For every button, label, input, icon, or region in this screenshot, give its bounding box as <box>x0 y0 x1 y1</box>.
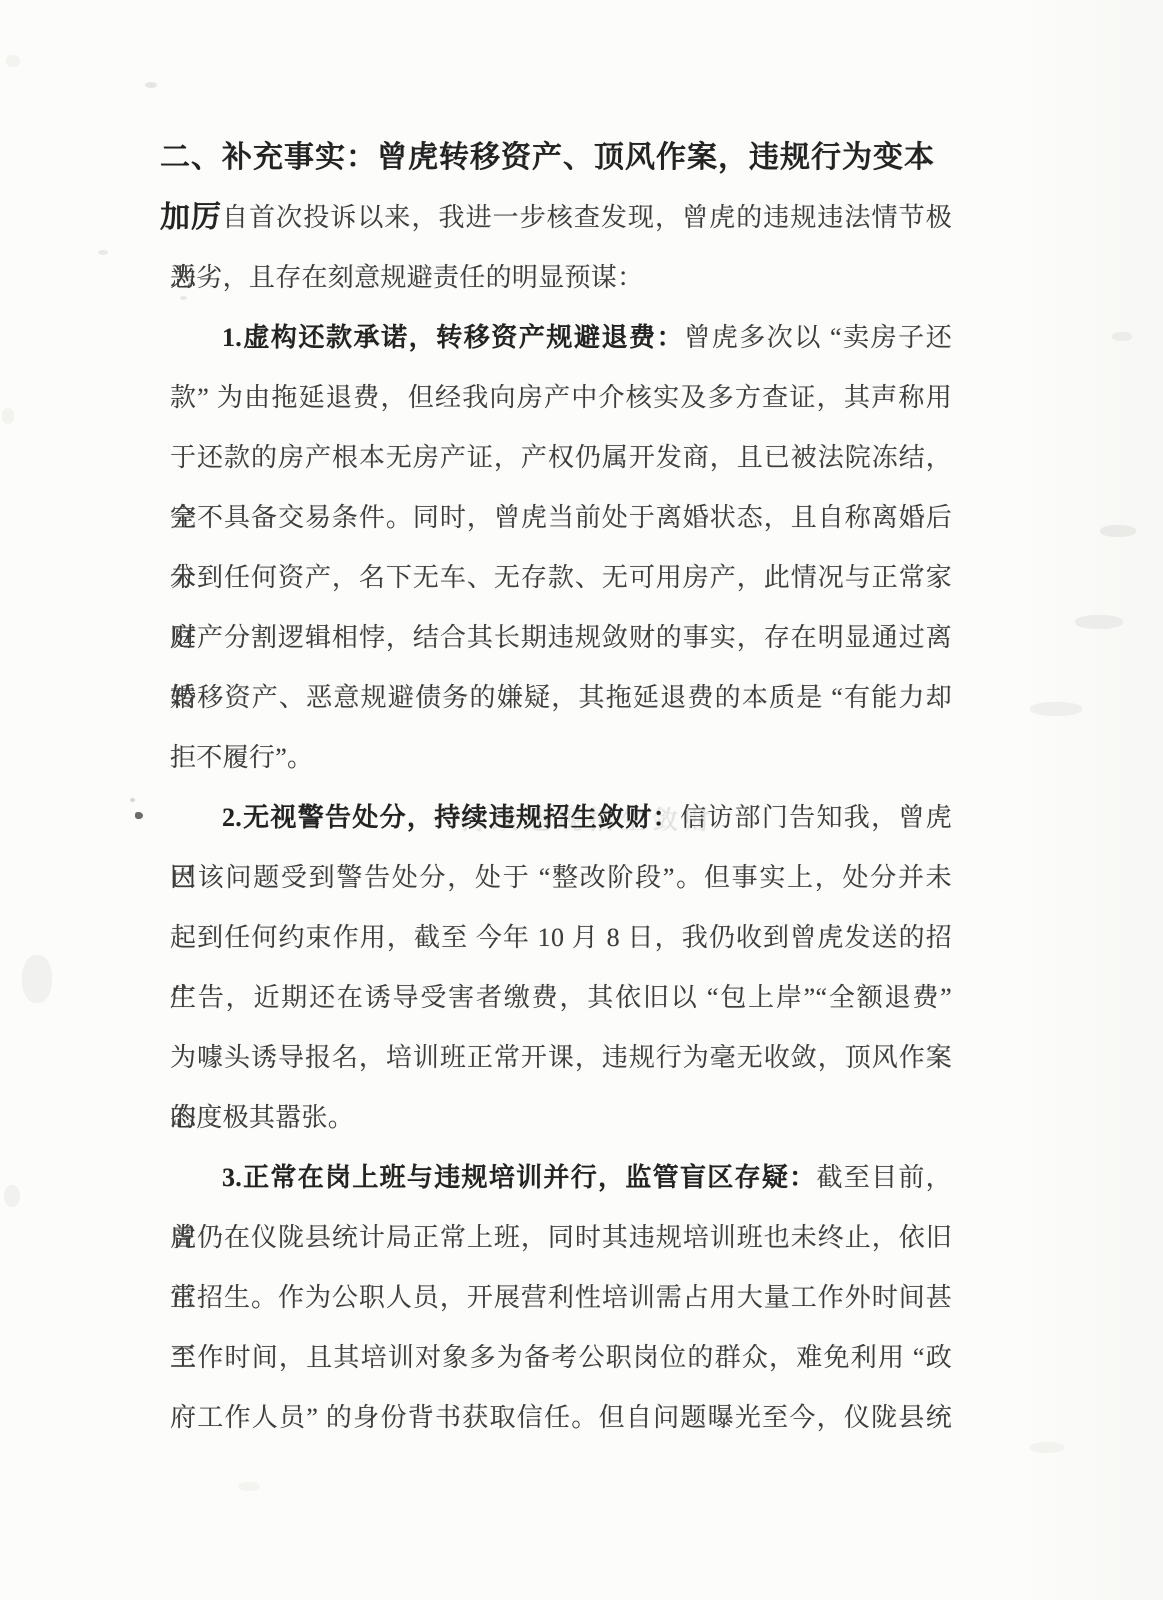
text-line: 1.虚构还款承诺，转移资产规避退费：曾虎多次以 “卖房子还 <box>170 308 952 368</box>
text-line: 款” 为由拖延退费，但经我向房产中介核实及多方查证，其声称用 <box>170 368 952 428</box>
text-line: 恶劣，且存在刻意规避责任的明显预谋： <box>170 248 952 308</box>
scan-speck <box>145 82 157 88</box>
text-run: 恶劣，且存在刻意规避责任的明显预谋： <box>170 263 643 292</box>
scan-speck <box>1075 615 1123 629</box>
text-line: 拒不履行”。 <box>170 728 952 788</box>
scan-speck <box>1030 1442 1064 1453</box>
text-run: 府工作人员” 的身份背书获取信任。但自问题曝光至今，仪陇县统 <box>170 1403 952 1432</box>
text-line: 全不具备交易条件。同时，曾虎当前处于离婚状态，且自称离婚后未 <box>170 488 952 548</box>
text-line: 转移资产、恶意规避债务的嫌疑，其拖延退费的本质是 “有能力却 <box>170 668 952 728</box>
bold-text-run: 2.无视警告处分，持续违规招生敛财： <box>222 803 680 832</box>
text-run: 款” 为由拖延退费，但经我向房产中介核实及多方查证，其声称用 <box>170 383 952 412</box>
text-line: 2.无视警告处分，持续违规招生敛财：信访部门告知我，曾虎已 <box>170 788 952 848</box>
section-heading: 二、补充事实：曾虎转移资产、顶风作案，违规行为变本加厉 <box>160 128 952 188</box>
scan-speck <box>1112 332 1132 341</box>
scan-speck <box>130 798 135 802</box>
scan-speck <box>1030 702 1082 716</box>
text-run: 转移资产、恶意规避债务的嫌疑，其拖延退费的本质是 “有能力却 <box>170 683 952 712</box>
bold-text-run: 1.虚构还款承诺，转移资产规避退费： <box>222 323 684 352</box>
scan-speck <box>1100 525 1136 537</box>
text-run: 曾虎多次以 “卖房子还 <box>684 323 952 352</box>
text-line: 财产分割逻辑相悖，结合其长期违规敛财的事实，存在明显通过离婚 <box>170 608 952 668</box>
document-page: 持续违规招生敛财 二、补充事实：曾虎转移资产、顶风作案，违规行为变本加厉自首次投… <box>0 0 1163 1600</box>
bold-text-run: 3.正常在岗上班与违规培训并行，监管盲区存疑： <box>222 1163 816 1192</box>
text-run: 因该问题受到警告处分，处于 “整改阶段”。但事实上，处分并未 <box>170 863 952 892</box>
scan-speck <box>6 55 20 67</box>
text-line: 态度极其嚣张。 <box>170 1088 952 1148</box>
text-line: 广告，近期还在诱导受害者缴费，其依旧以 “包上岸”“全额退费” <box>170 968 952 1028</box>
text-run: 态度极其嚣张。 <box>170 1103 354 1132</box>
text-line: 府工作人员” 的身份背书获取信任。但自问题曝光至今，仪陇县统 <box>170 1388 952 1448</box>
scan-speck <box>238 1482 260 1491</box>
text-run: 拒不履行”。 <box>170 743 313 772</box>
scan-speck <box>22 955 52 1003</box>
text-run: 广告，近期还在诱导受害者缴费，其依旧以 “包上岸”“全额退费” <box>170 983 952 1012</box>
text-line: 为噱头诱导报名，培训班正常开课，违规行为毫无收敛，顶风作案的 <box>170 1028 952 1088</box>
text-line: 起到任何约束作用，截至 今年 10 月 8 日，我仍收到曾虎发送的招生 <box>170 908 952 968</box>
text-run: 工作时间，且其培训对象多为备考公职岗位的群众，难免利用 “政 <box>170 1343 952 1372</box>
text-line: 虎仍在仪陇县统计局正常上班，同时其违规培训班也未终止，依旧正 <box>170 1208 952 1268</box>
scan-speck <box>98 250 108 255</box>
document-text-block: 二、补充事实：曾虎转移资产、顶风作案，违规行为变本加厉自首次投诉以来，我进一步核… <box>170 128 952 1448</box>
text-line: 自首次投诉以来，我进一步核查发现，曾虎的违规违法情节极为 <box>170 188 952 248</box>
text-line: 分到任何资产，名下无车、无存款、无可用房产，此情况与正常家庭 <box>170 548 952 608</box>
text-line: 3.正常在岗上班与违规培训并行，监管盲区存疑：截至目前，曾 <box>170 1148 952 1208</box>
scan-speck <box>135 812 143 819</box>
text-line: 工作时间，且其培训对象多为备考公职岗位的群众，难免利用 “政 <box>170 1328 952 1388</box>
scan-speck <box>2 408 14 424</box>
text-line: 因该问题受到警告处分，处于 “整改阶段”。但事实上，处分并未 <box>170 848 952 908</box>
text-line: 于还款的房产根本无房产证，产权仍属开发商，且已被法院冻结，完 <box>170 428 952 488</box>
text-line: 常招生。作为公职人员，开展营利性培训需占用大量工作外时间甚至 <box>170 1268 952 1328</box>
scan-speck <box>4 1185 20 1207</box>
